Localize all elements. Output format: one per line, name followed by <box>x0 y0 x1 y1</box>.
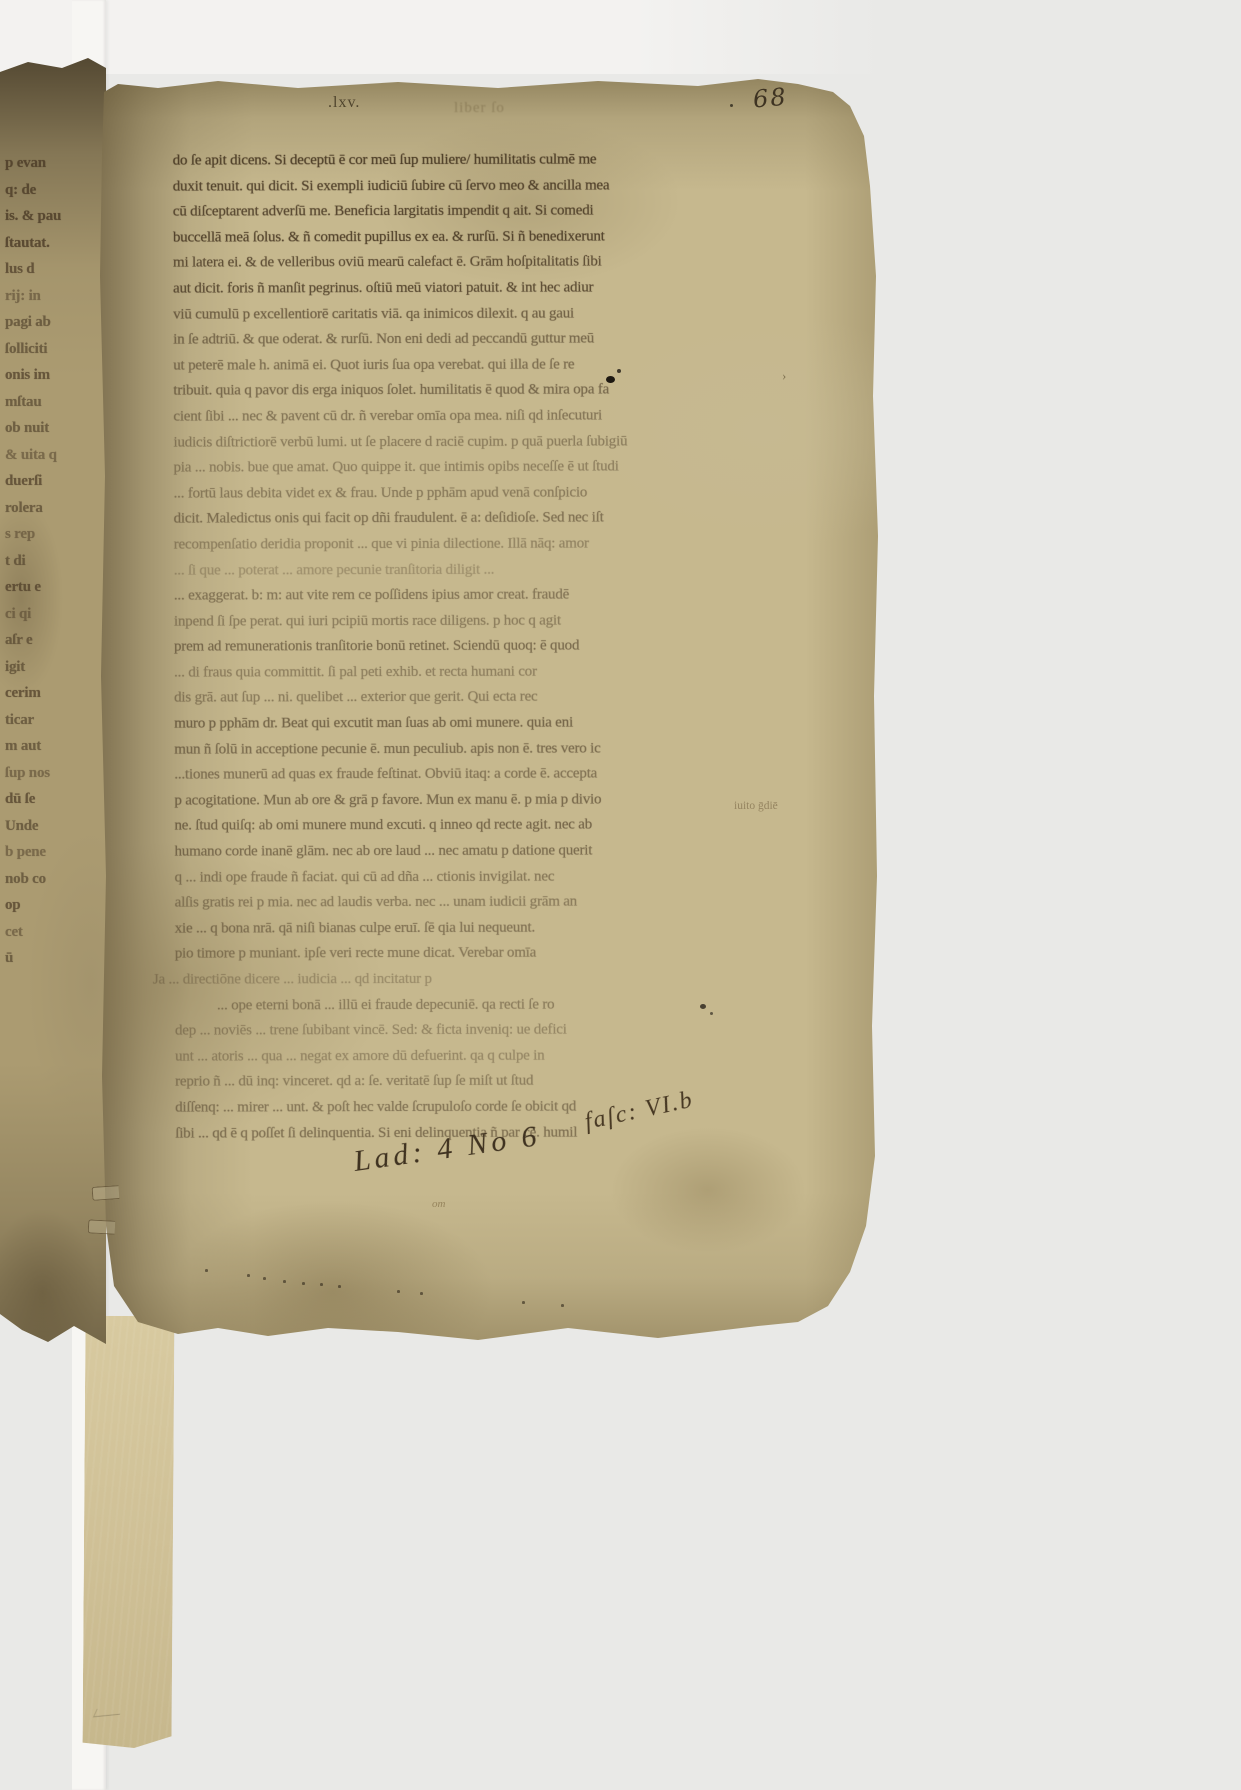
pencil-mark <box>93 1706 124 1717</box>
scanner-backing-top <box>0 0 880 74</box>
manuscript-text-line: muro p pphām dr. Beat qui excutit man ſu… <box>174 710 628 737</box>
fragment-word: igit <box>5 654 61 681</box>
manuscript-text-line: alſis gratis rei p mia. nec ad laudis ve… <box>175 890 629 917</box>
fragment-word: b pene <box>5 839 61 866</box>
worm-hole <box>561 1304 564 1307</box>
manuscript-text-line: diſſenq: ... mirer ... unt. & poſt hec v… <box>175 1094 629 1121</box>
manuscript-text-line: ne. ſtud quiſq: ab omi munere mund excut… <box>174 813 628 840</box>
fragment-word: cerim <box>5 680 61 707</box>
manuscript-text-line: ... di fraus quia committit. ſi pal peti… <box>174 659 628 686</box>
manuscript-text-line: reprio ñ ... dū inq: vinceret. qd a: ſe.… <box>175 1069 629 1096</box>
fragment-word: pagi ab <box>5 309 61 336</box>
binding-stitch <box>88 1219 116 1234</box>
manuscript-text-line: tribuit. quia q pavor dis erga iniquos ſ… <box>173 378 627 405</box>
fragment-word: onis im <box>5 362 61 389</box>
bookmark-strip <box>82 1316 174 1749</box>
manuscript-text-line: dep ... noviēs ... trene ſubibant vincē.… <box>175 1018 629 1045</box>
manuscript-text-line: iudicis diſtrictiorē verbū lumi. ut ſe p… <box>173 429 627 456</box>
manuscript-text-line: mun ñ ſolū in acceptione pecunie ē. mun … <box>174 736 628 763</box>
manuscript-text-line: pio timore p muniant. ipſe veri recte mu… <box>175 941 629 968</box>
worm-hole <box>205 1269 208 1272</box>
manuscript-text-line: in ſe adtriū. & que oderat. & rurſū. Non… <box>173 327 627 354</box>
fragment-word: ſup nos <box>5 760 61 787</box>
fragment-word: p evan <box>5 150 61 177</box>
worm-hole <box>420 1292 423 1295</box>
worm-hole <box>338 1285 341 1288</box>
ink-spot <box>710 1012 713 1015</box>
fragment-word: rij: in <box>5 283 61 310</box>
fragment-word: ticar <box>5 707 61 734</box>
manuscript-text-line: dicit. Maledictus onis qui facit op dñi … <box>174 506 628 533</box>
shelfmark-sub-annotation: om <box>432 1198 445 1210</box>
fragment-word: aſr e <box>5 627 61 654</box>
fragment-word: t di <box>5 548 61 575</box>
worm-hole <box>302 1282 305 1285</box>
fragment-word: ertu e <box>5 574 61 601</box>
manuscript-text-line: buccellā meā ſolus. & ñ comedit pupillus… <box>173 224 627 251</box>
worm-hole <box>397 1290 400 1293</box>
margin-tick: › <box>782 368 786 384</box>
worm-hole <box>263 1277 266 1280</box>
fragment-word: nob co <box>5 866 61 893</box>
manuscript-text-line: Ja ... directiōne dicere ... iudicia ...… <box>153 966 629 993</box>
manuscript-page: .lxv. liber ſo 68 do ſe apit dicens. Si … <box>98 76 880 1342</box>
margin-note: iuito ḡdiē <box>734 800 778 812</box>
manuscript-text-line: viū cumulū p excellentiorē caritatis viā… <box>173 301 627 328</box>
fragment-word: ſtautat. <box>5 230 61 257</box>
fragment-word: mſtau <box>5 389 61 416</box>
fragment-word: dū ſe <box>5 786 61 813</box>
manuscript-text-line: ... exaggerat. b: m: aut vite rem ce poſ… <box>174 582 628 609</box>
manuscript-text-line: inpend ſi ſpe perat. qui iuri pcipiū mor… <box>174 608 628 635</box>
fragment-word: & uita q <box>5 442 61 469</box>
manuscript-text-line: ... ope eterni bonā ... illū ei fraude d… <box>217 992 629 1019</box>
fragment-word: s rep <box>5 521 61 548</box>
previous-folio-text-fragments: p evanq: deis. & pauſtautat.lus drij: in… <box>5 150 61 972</box>
running-title: liber ſo <box>454 100 505 117</box>
manuscript-text-line: ... fortū laus debita videt ex & frau. U… <box>174 480 628 507</box>
manuscript-text-line: ... ſi que ... poterat ... amore pecunie… <box>174 557 628 584</box>
manuscript-text-line: q ... indi ope fraude ñ faciat. qui cū a… <box>175 864 629 891</box>
fragment-word: cet <box>5 919 61 946</box>
ink-spot <box>606 376 615 383</box>
manuscript-text-line: humano corde inanē glām. nec ab ore laud… <box>175 838 629 865</box>
manuscript-text-line: cū diſceptarent adverſū me. Beneficia la… <box>173 199 627 226</box>
fragment-word: rolera <box>5 495 61 522</box>
fragment-word: lus d <box>5 256 61 283</box>
fragment-word: ū <box>5 945 61 972</box>
photo-background: p evanq: deis. & pauſtautat.lus drij: in… <box>0 0 1241 1790</box>
manuscript-text-line: pia ... nobis. bue que amat. Quo quippe … <box>173 455 627 482</box>
fragment-word: q: de <box>5 177 61 204</box>
manuscript-text-line: dis grā. aut ſup ... ni. quelibet ... ex… <box>174 685 628 712</box>
manuscript-text-line: do ſe apit dicens. Si deceptū ē cor meū … <box>173 147 627 174</box>
fragment-word: ſolliciti <box>5 336 61 363</box>
worm-hole <box>320 1283 323 1286</box>
fragment-word: m aut <box>5 733 61 760</box>
manuscript-text-line: p acogitatione. Mun ab ore & grā p favor… <box>174 787 628 814</box>
binding-stitch <box>92 1185 120 1201</box>
ink-spot <box>700 1004 706 1009</box>
manuscript-text-line: recompenſatio deridia proponit ... que v… <box>174 531 628 558</box>
manuscript-text-line: mi latera ei. & de velleribus oviū mearū… <box>173 250 627 277</box>
manuscript-text-line: aut dicit. foris ñ manſit pegrinus. oſti… <box>173 275 627 302</box>
manuscript-text-line: unt ... atoris ... qua ... negat ex amor… <box>175 1043 629 1070</box>
ink-spot <box>617 369 621 373</box>
folio-number: 68 <box>752 83 789 114</box>
manuscript-text-line: ...tiones munerū ad quas ex fraude feſti… <box>174 762 628 789</box>
worm-hole <box>522 1301 525 1304</box>
previous-folio-edge: p evanq: deis. & pauſtautat.lus drij: in… <box>0 58 106 1344</box>
worm-hole <box>283 1280 286 1283</box>
manuscript-text-line: duxit tenuit. qui dicit. Si exempli iudi… <box>173 173 627 200</box>
manuscript-text-line: prem ad remunerationis tranſitorie bonū … <box>174 634 628 661</box>
fragment-word: Unde <box>5 813 61 840</box>
text-block: do ſe apit dicens. Si deceptū ē cor meū … <box>173 147 629 1146</box>
worm-hole <box>247 1274 250 1277</box>
manuscript-text-line: xie ... q bona nrā. qā niſi bianas culpe… <box>175 915 629 942</box>
fragment-word: ci qi <box>5 601 61 628</box>
fragment-word: op <box>5 892 61 919</box>
fragment-word: duerſi <box>5 468 61 495</box>
manuscript-text-line: cient ſibi ... nec & pavent cū dr. ñ ver… <box>173 403 627 430</box>
ink-spot <box>730 104 733 107</box>
fragment-word: ob nuit <box>5 415 61 442</box>
fragment-word: is. & pau <box>5 203 61 230</box>
quire-mark: .lxv. <box>328 94 360 112</box>
manuscript-text-line: ut peterē male h. animā ei. Quot iuris ſ… <box>173 352 627 379</box>
